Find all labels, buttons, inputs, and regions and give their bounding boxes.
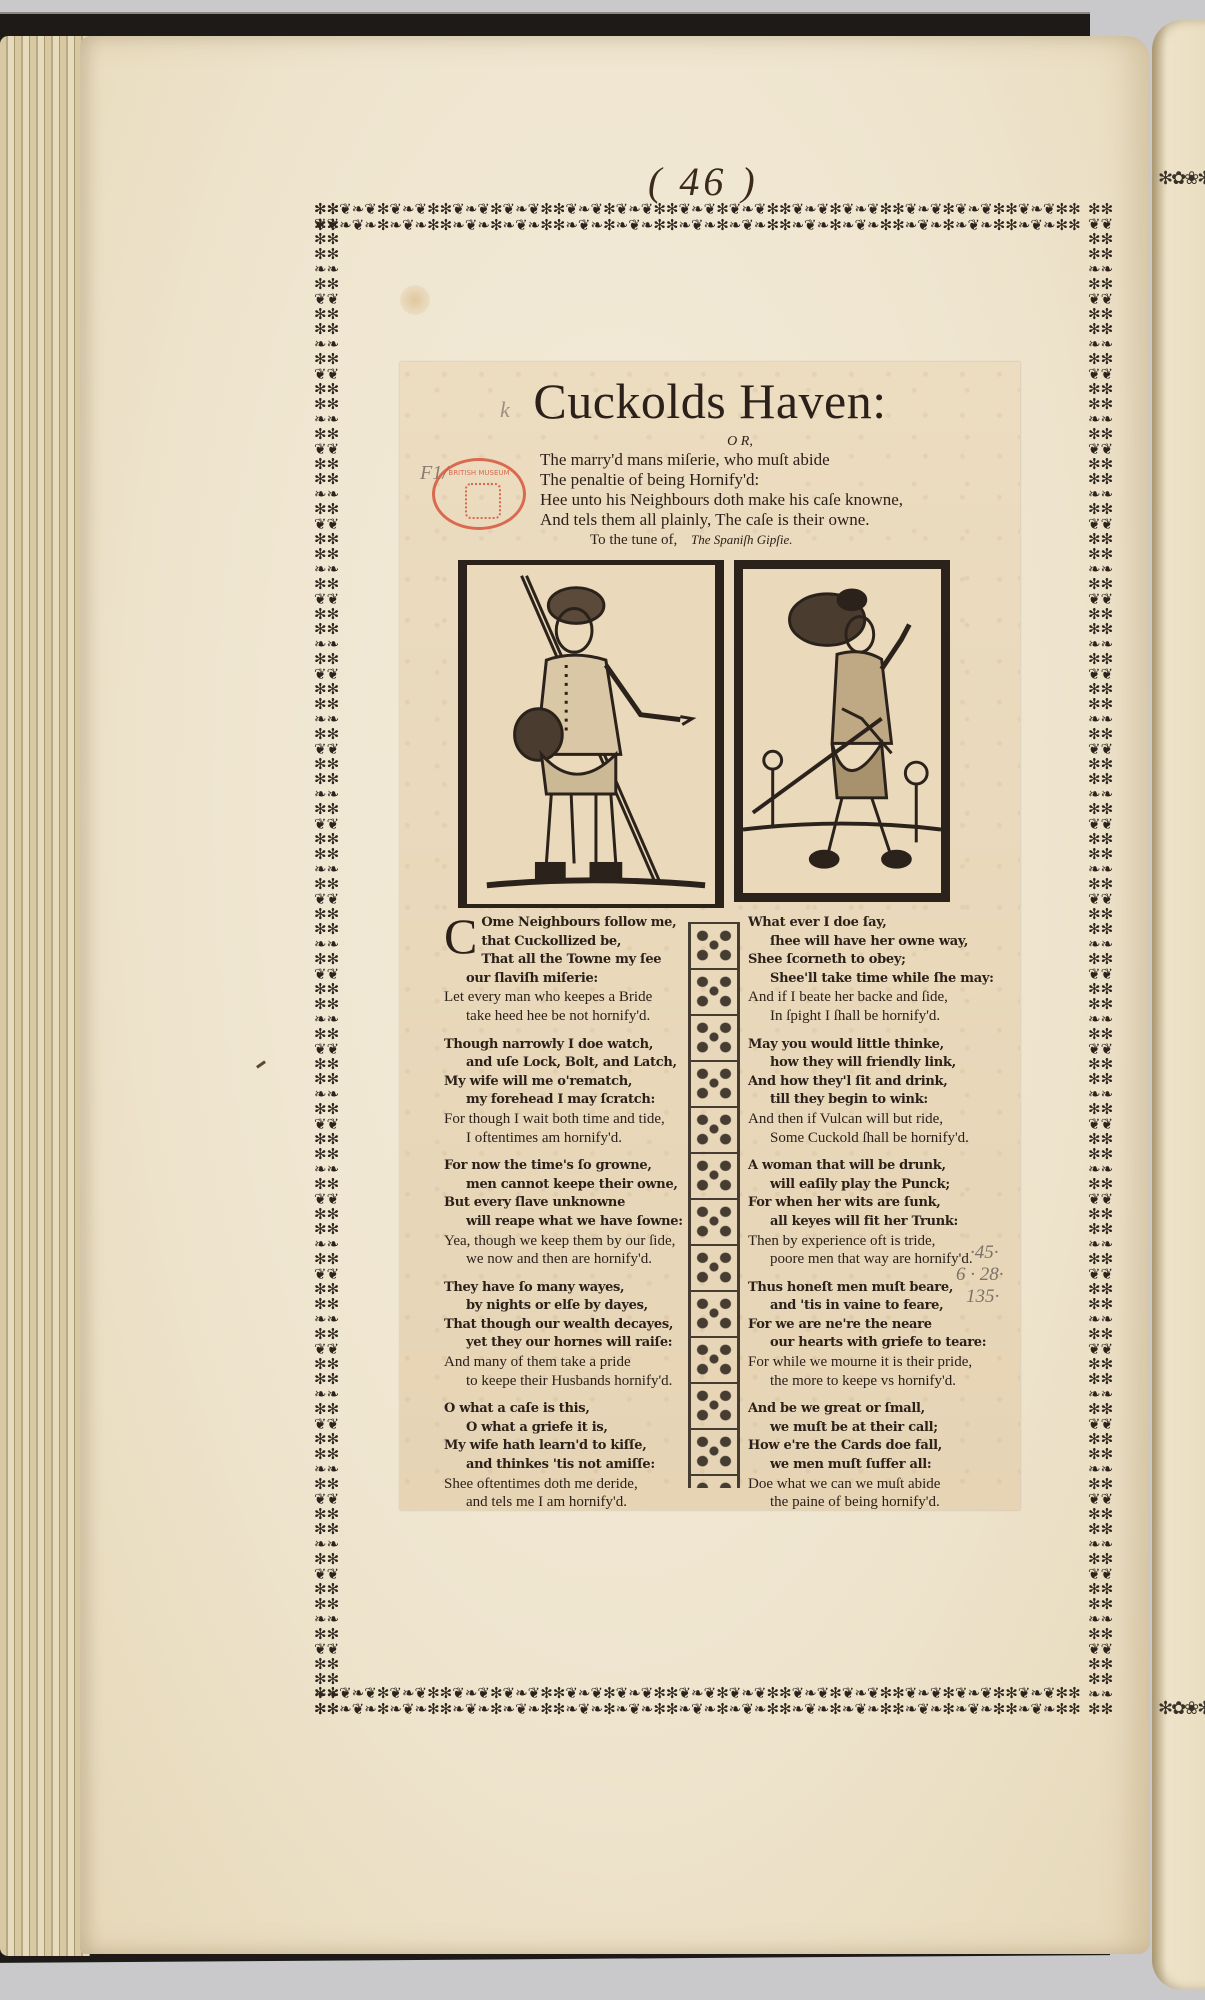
- pencil-note: 135·: [966, 1286, 1004, 1308]
- gallant-with-sword-illustration: [743, 569, 941, 893]
- drop-cap: C: [444, 916, 477, 956]
- man-with-staff-illustration: [467, 565, 715, 904]
- woodcut-gallant-with-sword: [734, 560, 950, 902]
- verse-line: our hearts with griefe to teare:: [748, 1334, 988, 1353]
- ornament-border-left: ✻✻❦❦✻✻✻✻❧❧✻✻❦❦✻✻✻✻❧❧✻✻❦❦✻✻✻✻❧❧✻✻❦❦✻✻✻✻❧❧…: [314, 202, 348, 1718]
- verse-line: My wife hath learn'd to kiſſe,: [444, 1437, 706, 1456]
- verse-line: For while we mourne it is their pride,: [748, 1353, 988, 1372]
- verse-line: ſhee will have her owne way,: [748, 933, 988, 952]
- verse-line: Ome Neighbours follow me,: [444, 914, 706, 933]
- british-museum-stamp: BRITISH MUSEUM: [432, 458, 526, 530]
- verse-line: we now and then are hornify'd.: [444, 1250, 706, 1269]
- verse-line: the more to keepe vs hornify'd.: [748, 1372, 988, 1391]
- subtitle-line: The marry'd mans miſerie, who muſt abide: [540, 450, 980, 470]
- ornament-border-top: ✻✻❦❧❦✻❦❧❦✻✻❦❧❦✻❦❧❦✻✻❦❧❦✻❦❧❦✻✻❦❧❦✻❦❧❦✻✻❦❧…: [314, 202, 1122, 234]
- tune-line: To the tune of, The Spaniſh Gipſie.: [590, 532, 980, 549]
- verse-line: Thus honeſt men muſt beare,: [748, 1279, 988, 1298]
- verse-line: And be we great or ſmall,: [748, 1400, 988, 1419]
- verse-line: They have ſo many wayes,: [444, 1279, 706, 1298]
- pencil-note: 6 · 28·: [956, 1264, 1004, 1286]
- verse-line: by nights or elſe by dayes,: [444, 1297, 706, 1316]
- verse-line: O what a griefe it is,: [444, 1419, 706, 1438]
- subtitle-block: O R, The marry'd mans miſerie, who muſt …: [540, 434, 980, 549]
- verse-line: how they will friendly link,: [748, 1054, 988, 1073]
- verse-line: For when her wits are ſunk,: [748, 1194, 988, 1213]
- verse-line: Yea, though we keep them by our ſide,: [444, 1232, 706, 1251]
- subtitle-line: Hee unto his Neighbours doth make his ca…: [540, 490, 980, 510]
- broadside-title: Cuckolds Haven:: [400, 372, 1020, 430]
- crest-icon: [465, 483, 501, 519]
- verse-line: yet they our hornes will raiſe:: [444, 1334, 706, 1353]
- verse-column-right: What ever I doe ſay, ſhee will have her …: [748, 914, 988, 1522]
- verse-line: and uſe Lock, Bolt, and Latch,: [444, 1054, 706, 1073]
- verse-line: And many of them take a pride: [444, 1353, 706, 1372]
- verse-line: Though narrowly I doe watch,: [444, 1036, 706, 1055]
- facing-page-edge: [1152, 20, 1205, 1990]
- verse-line: Doe what we can we muſt abide: [748, 1475, 988, 1494]
- subtitle-or: O R,: [500, 434, 980, 450]
- verse-line: will eaſily play the Punck;: [748, 1176, 988, 1195]
- verse-line: Some Cuckold ſhall be hornify'd.: [748, 1129, 988, 1148]
- verse-line: O what a caſe is this,: [444, 1400, 706, 1419]
- verse-line: A woman that will be drunk,: [748, 1157, 988, 1176]
- stanza: What ever I doe ſay, ſhee will have her …: [748, 914, 988, 1026]
- verse-line: and 'tis in vaine to feare,: [748, 1297, 988, 1316]
- tune-prefix: To the tune of,: [590, 532, 677, 548]
- verse-line: men cannot keepe their owne,: [444, 1176, 706, 1195]
- stanza: Though narrowly I doe watch, and uſe Loc…: [444, 1036, 706, 1148]
- verse-line: Then by experience oft is tride,: [748, 1232, 988, 1251]
- verse-line: and tels me I am hornify'd.: [444, 1493, 706, 1512]
- page-edges-left: [0, 36, 90, 1956]
- verse-line: to keepe their Husbands hornify'd.: [444, 1372, 706, 1391]
- tune-name: The Spaniſh Gipſie.: [691, 532, 792, 547]
- subtitle-line: The penaltie of being Hornify'd:: [540, 470, 980, 490]
- verse-line: we muſt be at their call;: [748, 1419, 988, 1438]
- verse-line: What ever I doe ſay,: [748, 914, 988, 933]
- stanza: For now the time's ſo growne, men cannot…: [444, 1157, 706, 1269]
- verse-line: How e're the Cards doe fall,: [748, 1437, 988, 1456]
- verse-line: Shee'll take time while ſhe may:: [748, 970, 988, 989]
- verse-line: Let every man who keepes a Bride: [444, 988, 706, 1007]
- stanza: A woman that will be drunk, will eaſily …: [748, 1157, 988, 1269]
- verse-line: For now the time's ſo growne,: [444, 1157, 706, 1176]
- verse-line: Shee oftentimes doth me deride,: [444, 1475, 706, 1494]
- verse-line: And how they'l ſit and drink,: [748, 1073, 988, 1092]
- stanza: O what a caſe is this, O what a griefe i…: [444, 1400, 706, 1512]
- verse-line: our ſlaviſh miſerie:: [444, 970, 706, 989]
- verse-line: That all the Towne my ſee: [444, 951, 706, 970]
- verse-line: my forehead I may ſcratch:: [444, 1091, 706, 1110]
- verse-line: For though I wait both time and tide,: [444, 1110, 706, 1129]
- verse-line: Shee ſcorneth to obey;: [748, 951, 988, 970]
- verse-line: In ſpight I ſhall be hornify'd.: [748, 1007, 988, 1026]
- stanza: May you would little thinke, how they wi…: [748, 1036, 988, 1148]
- verse-line: that Cuckollized be,: [444, 933, 706, 952]
- stanza: And be we great or ſmall, we muſt be at …: [748, 1400, 988, 1512]
- ornament-border-bottom: ✻✻❦❧❦✻❦❧❦✻✻❦❧❦✻❦❧❦✻✻❦❧❦✻❦❧❦✻✻❦❧❦✻❦❧❦✻✻❦❧…: [314, 1686, 1122, 1718]
- stanza: Thus honeſt men muſt beare, and 'tis in …: [748, 1279, 988, 1391]
- verse-line: My wife will me o'rematch,: [444, 1073, 706, 1092]
- pencil-note: ·45·: [970, 1242, 1004, 1264]
- verse-line: And if I beate her backe and ſide,: [748, 988, 988, 1007]
- verse-line: That though our wealth decayes,: [444, 1316, 706, 1335]
- broadside-sheet: Cuckolds Haven: k F1/ BRITISH MUSEUM O R…: [400, 362, 1020, 1510]
- verse-line: all keyes will fit her Trunk:: [748, 1213, 988, 1232]
- verse-line: poore men that way are hornify'd.: [748, 1250, 988, 1269]
- verse-line: will reape what we have ſowne:: [444, 1213, 706, 1232]
- verse-line: and thinkes 'tis not amiſſe:: [444, 1456, 706, 1475]
- ornament-border-right: ✻✻❦❦✻✻✻✻❧❧✻✻❦❦✻✻✻✻❧❧✻✻❦❦✻✻✻✻❧❧✻✻❦❦✻✻✻✻❧❧…: [1088, 202, 1122, 1718]
- page-number: ( 46 ): [648, 158, 759, 205]
- facing-page-ornament-top: ✻✿❀✻✿❀: [1158, 168, 1205, 190]
- pencil-annotations: ·45· 6 · 28· 135·: [956, 1242, 1004, 1308]
- verse-line: But every ſlave unknowne: [444, 1194, 706, 1213]
- verse-line: till they begin to wink:: [748, 1091, 988, 1110]
- verse-line: we men muſt ſuffer all:: [748, 1456, 988, 1475]
- stanza: C Ome Neighbours follow me, that Cuckoll…: [444, 914, 706, 1026]
- subtitle-line: And tels them all plainly, The caſe is t…: [540, 510, 980, 530]
- woodcut-man-with-staff: [458, 560, 724, 908]
- verse-line: the paine of being hornify'd.: [748, 1493, 988, 1512]
- verse-line: For we are ne're the neare: [748, 1316, 988, 1335]
- verse-line: I oftentimes am hornify'd.: [444, 1129, 706, 1148]
- stanza: They have ſo many wayes, by nights or el…: [444, 1279, 706, 1391]
- verse-line: take heed hee be not hornify'd.: [444, 1007, 706, 1026]
- verse-line: May you would little thinke,: [748, 1036, 988, 1055]
- stamp-text: BRITISH MUSEUM: [448, 469, 509, 477]
- column-divider-ornament: [688, 922, 740, 1488]
- verse-line: And then if Vulcan will but ride,: [748, 1110, 988, 1129]
- facing-page-ornament-bottom: ✻✿❀✻✿❀: [1158, 1698, 1205, 1720]
- verse-column-left: C Ome Neighbours follow me, that Cuckoll…: [444, 914, 706, 1522]
- pencil-mark: k: [500, 397, 510, 423]
